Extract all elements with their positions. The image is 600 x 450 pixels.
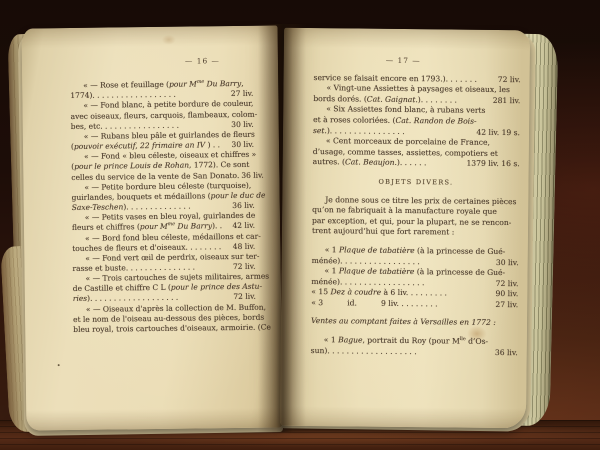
right-page-text: — 17 — service se faisait encore en 1793… <box>311 55 521 358</box>
price-value: 72 liv. <box>494 279 519 290</box>
price-value: 281 liv. <box>491 96 521 107</box>
left-page-text: — 16 — « — Rose et feuillage (pour Mme D… <box>70 56 256 335</box>
text-line: bleu royal, trois cartouches d'oiseaux, … <box>73 323 256 335</box>
price-value: 72 liv. <box>231 292 256 302</box>
text-line: Ventes au comptant faites à Versailles e… <box>311 316 518 329</box>
price-value: 48 liv. <box>231 241 256 251</box>
section-heading: OBJETS DIVERS. <box>312 176 519 189</box>
line-text: OBJETS DIVERS. <box>378 178 453 187</box>
line-text: sun). . . . . . . . . . . . . . . . . . … <box>311 346 417 358</box>
text-line: trent aujourd’hui que fort rarement : <box>312 226 519 239</box>
line-text: Ventes au comptant faites à Versailles e… <box>311 316 496 329</box>
text-line: sun). . . . . . . . . . . . . . . . . . … <box>311 346 518 359</box>
price-value: 27 liv. <box>493 300 518 311</box>
price-value: 30 liv. <box>229 120 254 130</box>
line-text: « 3 id. 9 liv. . . . . . . . . <box>311 298 438 310</box>
left-page-number: — 16 — <box>111 55 294 67</box>
book-photo: — 16 — « — Rose et feuillage (pour Mme D… <box>0 0 600 450</box>
line-text: autres. (Cat. Beaujon.). . . . . . <box>313 157 427 169</box>
text-line: autres. (Cat. Beaujon.). . . . . .1379 l… <box>313 157 520 170</box>
price-value: 42 liv. <box>230 221 255 231</box>
page-stain <box>162 35 176 45</box>
text-line: « 3 id. 9 liv. . . . . . . . .27 liv. <box>311 298 518 311</box>
right-page-lines: service se faisait encore en 1793.). . .… <box>311 73 521 359</box>
price-value: 42 liv. 19 s. <box>474 127 520 138</box>
line-text: bleu royal, trois cartouches d'oiseaux, … <box>73 322 271 335</box>
price-value: 36 liv. <box>493 348 518 359</box>
price-value: 36 liv. <box>230 201 255 211</box>
line-text: trent aujourd’hui que fort rarement : <box>312 226 454 238</box>
left-page-lines: « — Rose et feuillage (pour Mme Du Barry… <box>70 79 256 335</box>
left-page: — 16 — « — Rose et feuillage (pour Mme D… <box>22 25 283 430</box>
price-value: 1379 liv. 16 s. <box>464 159 519 170</box>
price-value: 30 liv. <box>494 257 519 268</box>
price-value: 72 liv. <box>496 75 521 86</box>
price-value: 90 liv. <box>494 289 519 300</box>
ink-speck <box>58 364 60 366</box>
price-value: 36 liv. <box>239 170 264 180</box>
right-page-number: — 17 — <box>300 55 507 68</box>
price-value: 72 liv. <box>231 262 256 272</box>
price-value: 30 liv. <box>229 140 254 150</box>
right-page: — 17 — service se faisait encore en 1793… <box>280 28 530 429</box>
